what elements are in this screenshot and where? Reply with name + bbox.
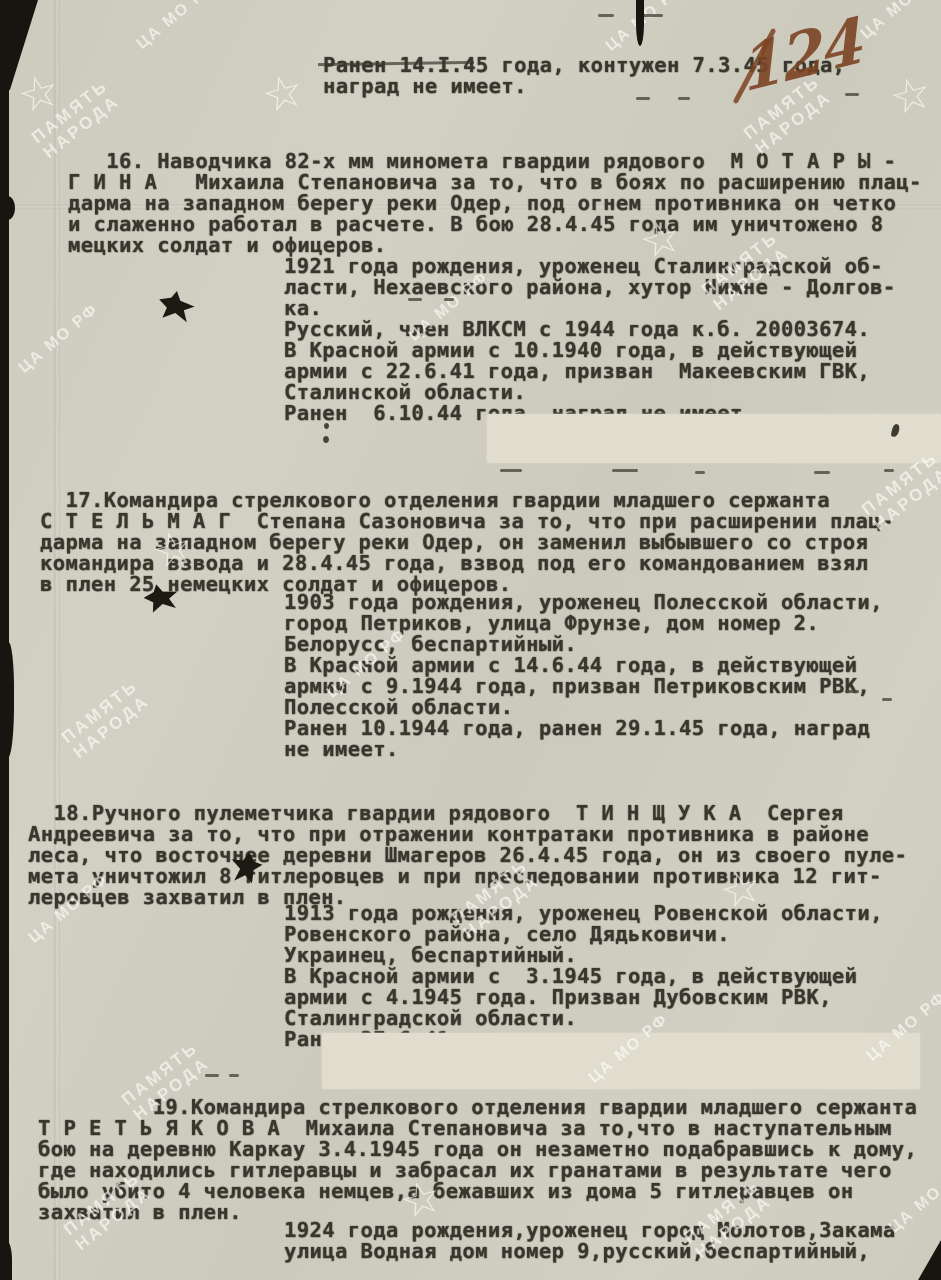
scan-edge-artifact bbox=[914, 1240, 941, 1280]
citation-paragraph-18: 18.Ручного пулеметчика гвардии рядового … bbox=[28, 803, 907, 908]
ink-blot bbox=[153, 287, 197, 326]
watermark-archive-text: ЦА МО РФ bbox=[134, 0, 221, 53]
scan-redaction-patch bbox=[487, 414, 941, 463]
service-record-19: 1924 года рождения,уроженец город Молото… bbox=[284, 1220, 896, 1262]
smudge-mark bbox=[695, 471, 705, 474]
smudge-mark bbox=[323, 436, 329, 443]
smudge-mark bbox=[845, 93, 859, 96]
watermark-star-icon: ☆ bbox=[256, 62, 310, 125]
smudge-mark bbox=[643, 14, 663, 17]
watermark-archive-text: ЦА МО РФ bbox=[603, 0, 690, 55]
scan-edge-artifact bbox=[0, 0, 9, 1280]
handwritten-page-number: 124 bbox=[741, 3, 866, 107]
scan-edge-artifact bbox=[0, 642, 14, 758]
smudge-mark bbox=[229, 1074, 239, 1077]
scan-edge-artifact bbox=[636, 0, 644, 46]
citation-paragraph-17: 17.Командира стрелкового отделения гвард… bbox=[40, 490, 894, 595]
service-record-16: 1921 года рождения, уроженец Сталинградс… bbox=[284, 256, 896, 424]
scan-edge-artifact bbox=[0, 1240, 12, 1280]
smudge-mark bbox=[845, 690, 859, 693]
smudge-mark bbox=[324, 423, 329, 429]
smudge-mark bbox=[636, 97, 650, 100]
watermark-memory-text: ПАМЯТЬ НАРОДА bbox=[58, 676, 153, 762]
smudge-mark bbox=[814, 471, 830, 474]
citation-paragraph-16: 16. Наводчика 82-х мм миномета гвардии р… bbox=[68, 151, 922, 256]
scanned-document-page: Ранен 14.I.45 года, контужен 7.3.45 года… bbox=[0, 0, 941, 1280]
smudge-mark bbox=[884, 469, 894, 472]
smudge-mark bbox=[408, 298, 422, 301]
smudge-mark bbox=[500, 469, 522, 472]
watermark-archive-text: ЦА МО РФ bbox=[858, 0, 941, 43]
service-record-17: 1903 года рождения, уроженец Полесской о… bbox=[284, 592, 883, 760]
service-record-18: 1913 года рождения, уроженец Ровенской о… bbox=[284, 903, 883, 1050]
smudge-mark bbox=[882, 698, 892, 701]
smudge-mark bbox=[678, 97, 690, 100]
citation-paragraph-19: 19.Командира стрелкового отделения гвард… bbox=[38, 1097, 917, 1223]
smudge-mark bbox=[444, 298, 454, 301]
scan-edge-artifact bbox=[0, 196, 15, 220]
paper-fold-crease bbox=[54, 0, 60, 1280]
scan-edge-artifact bbox=[0, 0, 38, 90]
smudge-mark bbox=[598, 14, 614, 17]
smudge-mark bbox=[205, 1074, 219, 1077]
scan-redaction-patch bbox=[322, 1033, 920, 1089]
watermark-star-icon: ☆ bbox=[884, 64, 938, 127]
smudge-mark bbox=[612, 469, 638, 472]
